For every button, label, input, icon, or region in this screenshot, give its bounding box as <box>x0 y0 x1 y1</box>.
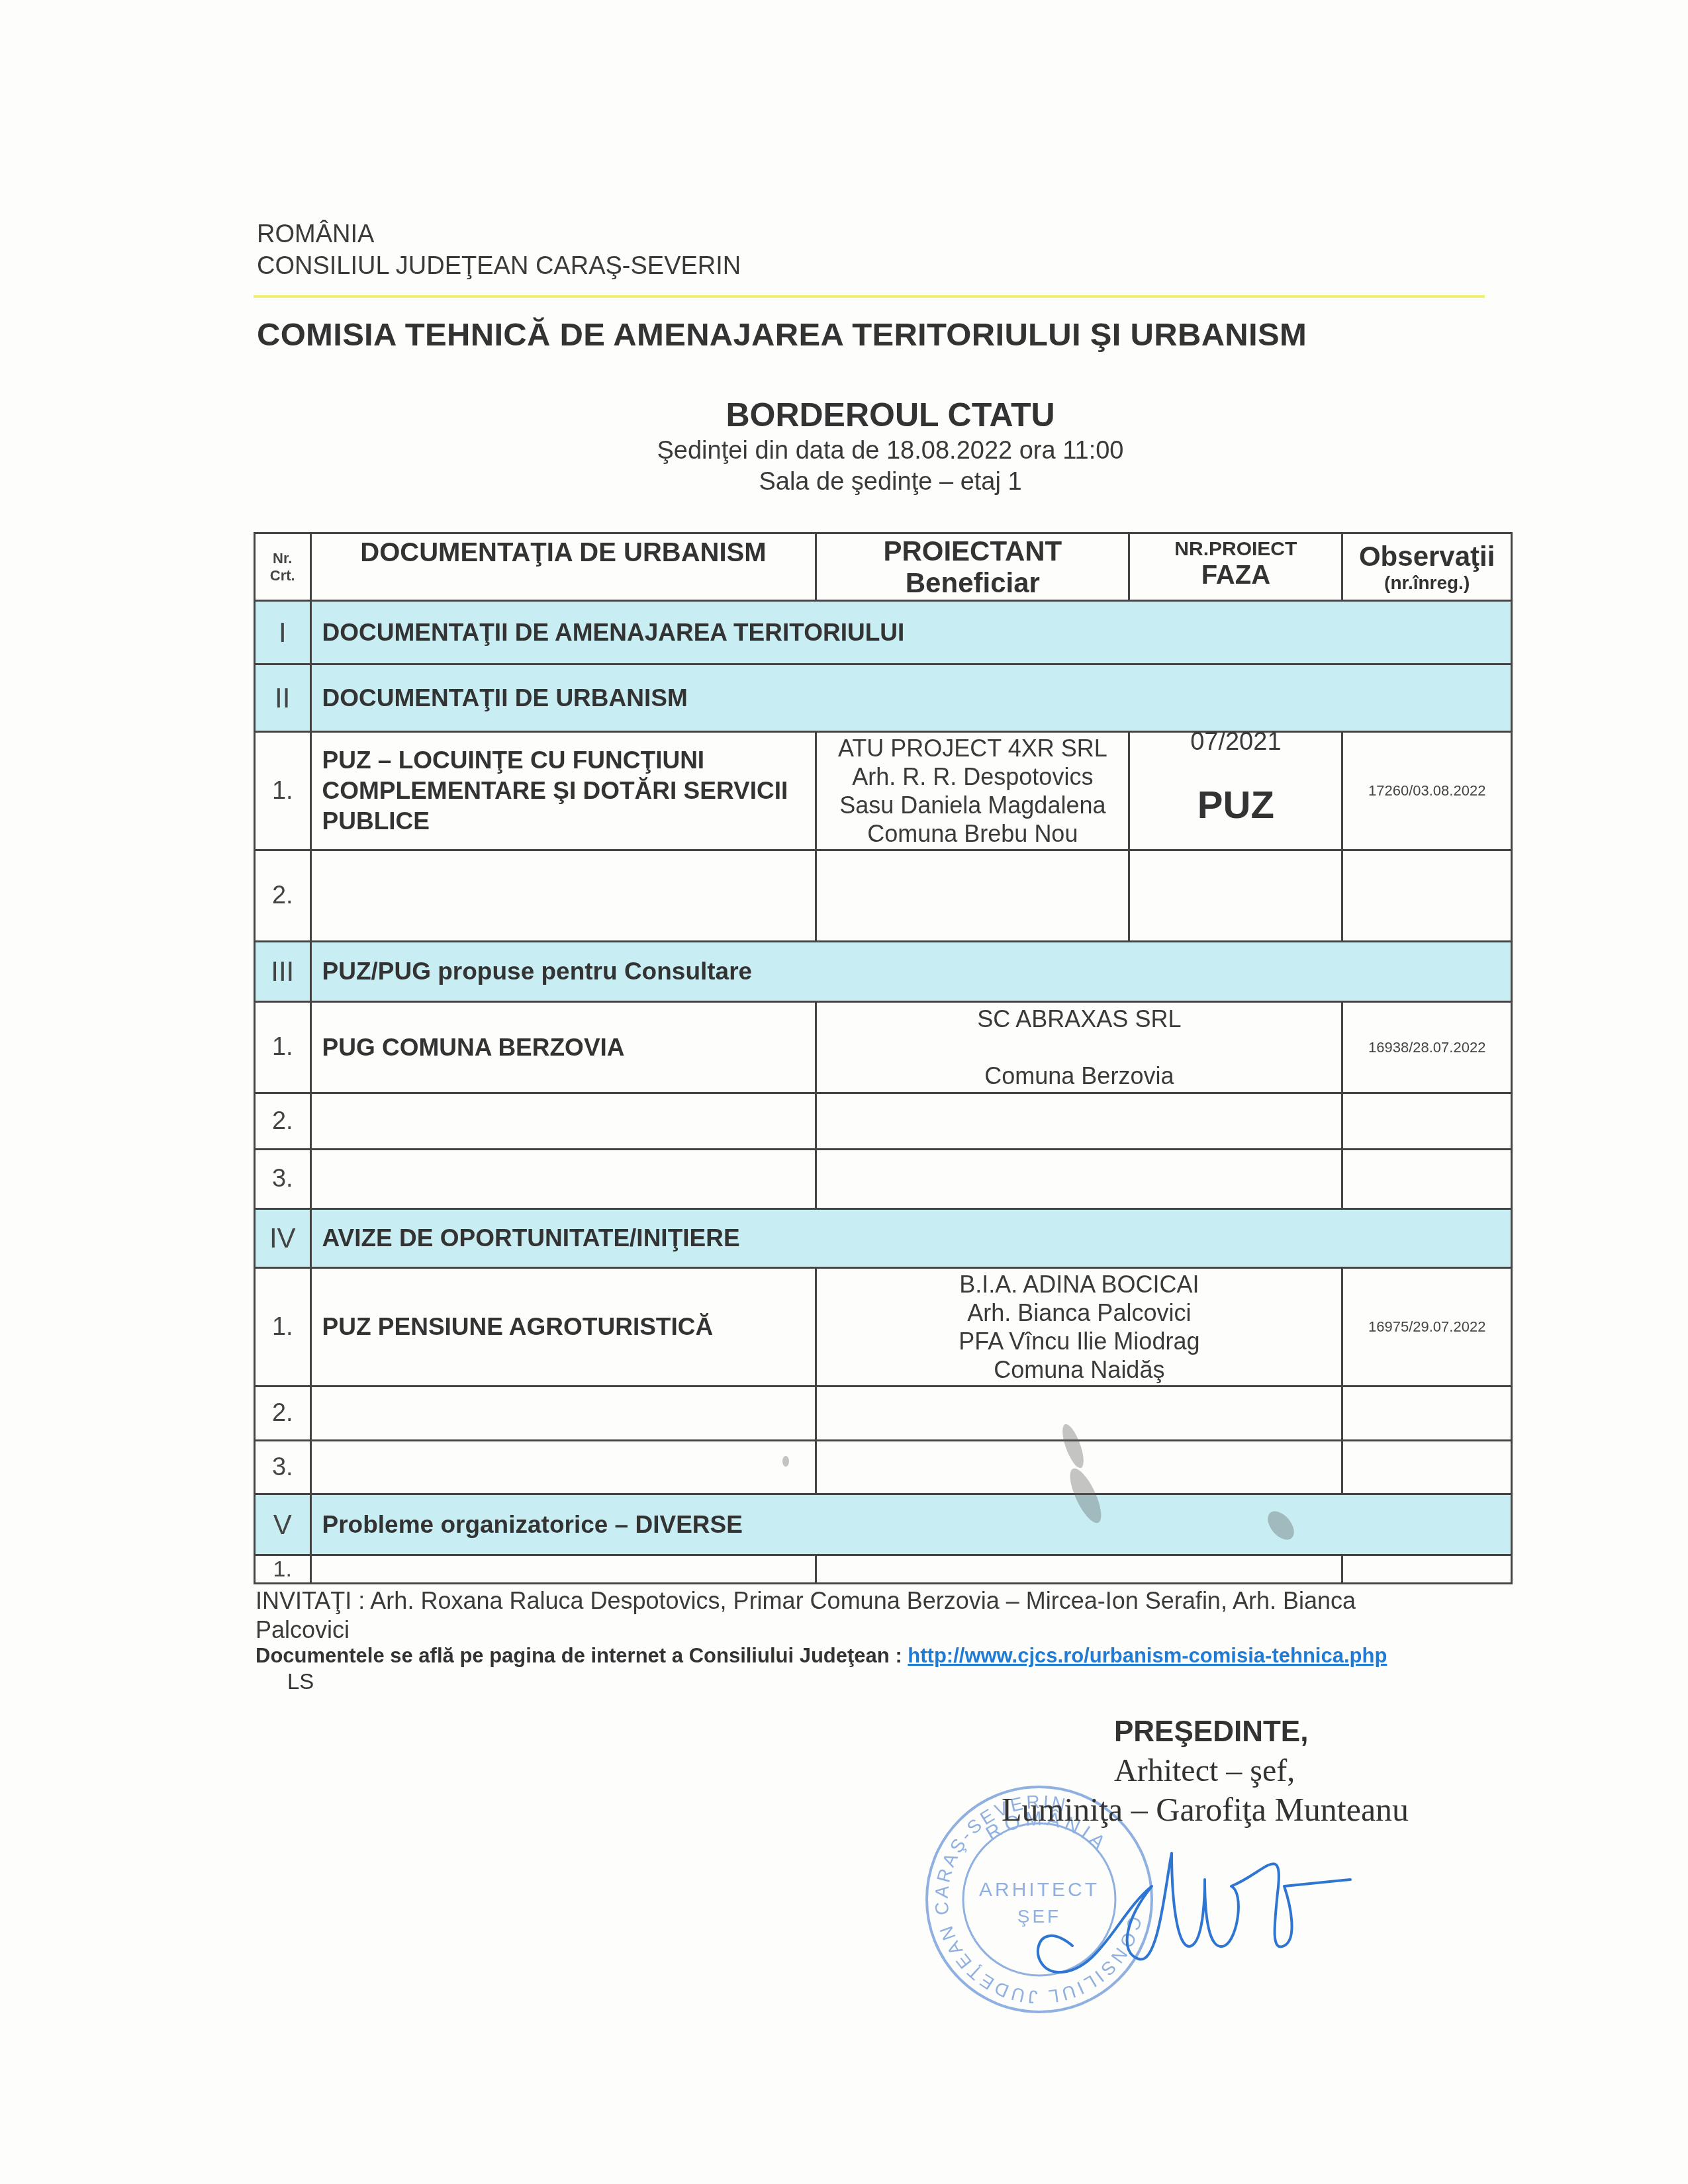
table-header-row: Nr.Crt. DOCUMENTAŢIA DE URBANISM PROIECT… <box>255 533 1512 601</box>
row-number: 2. <box>255 1387 311 1441</box>
table-row: 2. <box>255 850 1512 942</box>
author-initials: LS <box>287 1669 314 1694</box>
section-label: DOCUMENTAŢII DE AMENAJAREA TERITORIULUI <box>310 601 1511 664</box>
table-row: 1. PUZ PENSIUNE AGROTURISTICĂ B.I.A. ADI… <box>255 1268 1512 1387</box>
row-number: 3. <box>255 1150 311 1209</box>
section-row: V Probleme organizatorice – DIVERSE <box>255 1494 1512 1555</box>
section-label: Probleme organizatorice – DIVERSE <box>310 1494 1511 1555</box>
row-number: 2. <box>255 1093 311 1150</box>
section-number: V <box>255 1494 311 1555</box>
table-row: 1. PUG COMUNA BERZOVIA SC ABRAXAS SRL Co… <box>255 1002 1512 1093</box>
table-row: 3. <box>255 1441 1512 1494</box>
row-number: 2. <box>255 850 311 942</box>
col-header-documentation: DOCUMENTAŢIA DE URBANISM <box>310 533 816 601</box>
council-label: CONSILIUL JUDEŢEAN CARAŞ-SEVERIN <box>257 250 741 282</box>
proiectant-cell: B.I.A. ADINA BOCICAI Arh. Bianca Palcovi… <box>816 1268 1342 1387</box>
col-header-nr: Nr.Crt. <box>255 533 311 601</box>
row-number: 1. <box>255 1555 311 1584</box>
section-number: IV <box>255 1209 311 1268</box>
document-title: BORDEROUL CTATU <box>0 396 1688 434</box>
row-number: 1. <box>255 1002 311 1093</box>
documents-note-text: Documentele se află pe pagina de interne… <box>256 1644 908 1667</box>
section-number: I <box>255 601 311 664</box>
section-label: DOCUMENTAŢII DE URBANISM <box>310 664 1511 732</box>
country-label: ROMÂNIA <box>257 218 374 250</box>
agenda-table: Nr.Crt. DOCUMENTAŢIA DE URBANISM PROIECT… <box>254 532 1513 1584</box>
documentation-cell: PUG COMUNA BERZOVIA <box>310 1002 816 1093</box>
section-row: III PUZ/PUG propuse pentru Consultare <box>255 942 1512 1002</box>
section-row: II DOCUMENTAŢII DE URBANISM <box>255 664 1512 732</box>
documentation-cell: PUZ – LOCUINŢE CU FUNCŢIUNI COMPLEMENTAR… <box>310 732 816 850</box>
documentation-cell: PUZ PENSIUNE AGROTURISTICĂ <box>310 1268 816 1387</box>
row-number: 3. <box>255 1441 311 1494</box>
registration-number: 17260/03.08.2022 <box>1342 732 1512 850</box>
documents-note: Documentele se află pe pagina de interne… <box>256 1644 1387 1668</box>
registration-number: 16938/28.07.2022 <box>1342 1002 1512 1093</box>
documents-link[interactable]: http://www.cjcs.ro/urbanism-comisia-tehn… <box>908 1644 1387 1667</box>
section-row: IV AVIZE DE OPORTUNITATE/INIŢIERE <box>255 1209 1512 1268</box>
table-row: 1. <box>255 1555 1512 1584</box>
section-label: PUZ/PUG propuse pentru Consultare <box>310 942 1511 1002</box>
meeting-date: Şedinţei din data de 18.08.2022 ora 11:0… <box>0 437 1688 465</box>
section-label: AVIZE DE OPORTUNITATE/INIŢIERE <box>310 1209 1511 1268</box>
table-row: 2. <box>255 1093 1512 1150</box>
col-header-proiectant: PROIECTANTBeneficiar <box>816 533 1129 601</box>
meeting-room: Sala de şedinţe – etaj 1 <box>0 468 1688 496</box>
section-number: III <box>255 942 311 1002</box>
table-row: 2. <box>255 1387 1512 1441</box>
proiectant-cell: ATU PROJECT 4XR SRL Arh. R. R. Despotovi… <box>816 732 1129 850</box>
project-number: 07/2021 <box>1130 728 1341 756</box>
row-number: 1. <box>255 732 311 850</box>
commission-title: COMISIA TEHNICĂ DE AMENAJAREA TERITORIUL… <box>257 316 1307 353</box>
registration-number: 16975/29.07.2022 <box>1342 1268 1512 1387</box>
col-header-observatii: Observaţii(nr.înreg.) <box>1342 533 1512 601</box>
col-header-nr-proiect: NR.PROIECTFAZA <box>1129 533 1342 601</box>
section-row: I DOCUMENTAŢII DE AMENAJAREA TERITORIULU… <box>255 601 1512 664</box>
section-number: II <box>255 664 311 732</box>
proiectant-cell: SC ABRAXAS SRL Comuna Berzovia <box>816 1002 1342 1093</box>
row-number: 1. <box>255 1268 311 1387</box>
signature-icon <box>1006 1813 1377 1985</box>
project-phase: PUZ <box>1130 783 1341 827</box>
invited-line-2: Palcovici <box>256 1615 350 1645</box>
table-row: 3. <box>255 1150 1512 1209</box>
header-divider <box>254 295 1485 298</box>
signatory-role: PREŞEDINTE, <box>1114 1715 1308 1749</box>
table-row: 1. PUZ – LOCUINŢE CU FUNCŢIUNI COMPLEMEN… <box>255 732 1512 850</box>
invited-line-1: INVITAŢI : Arh. Roxana Raluca Despotovic… <box>256 1586 1356 1616</box>
scan-smudge <box>782 1456 789 1467</box>
nr-proiect-cell: 07/2021 PUZ <box>1129 732 1342 850</box>
